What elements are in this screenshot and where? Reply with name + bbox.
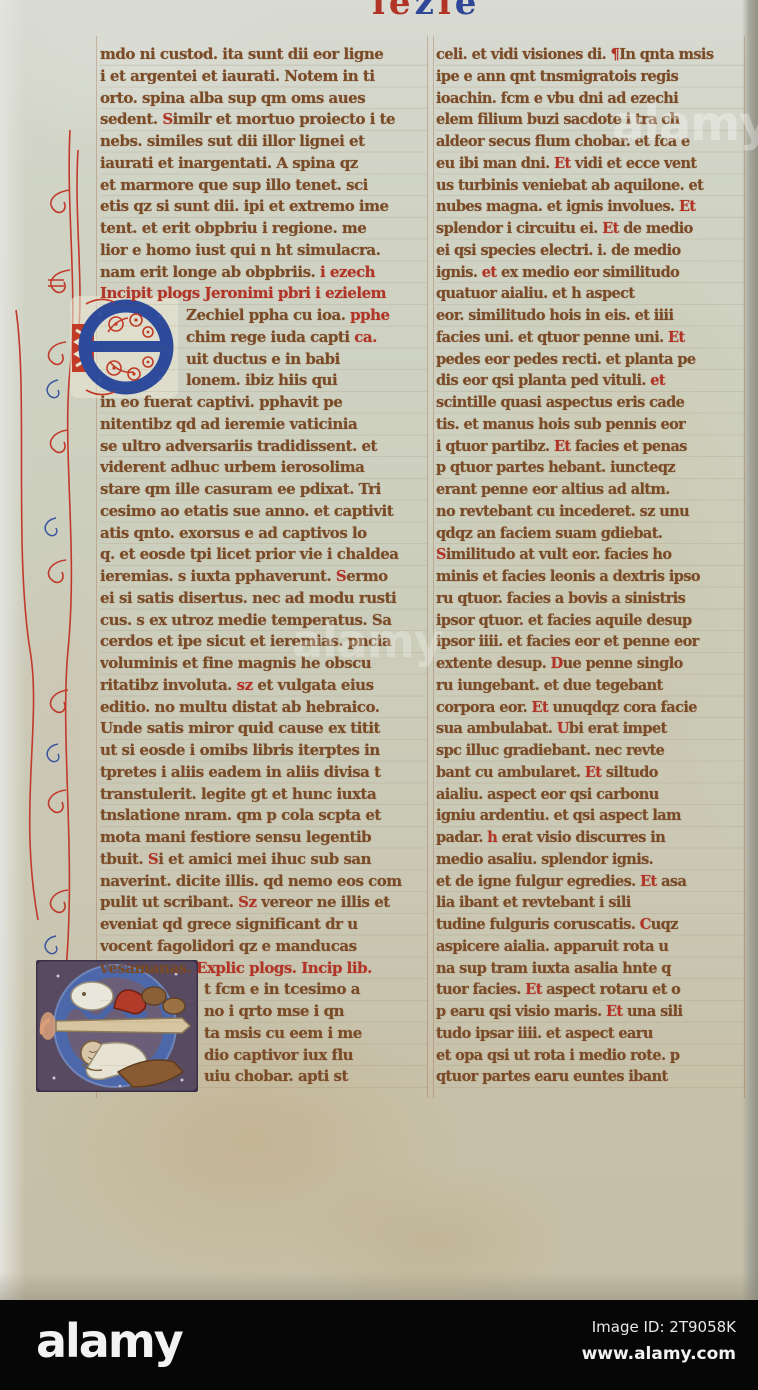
body-text: imilitudo at vult eor. facies ho <box>446 546 672 563</box>
running-title-letter: e <box>455 0 478 20</box>
text-line: no revtebant cu incederet. sz unu <box>436 501 745 523</box>
body-text: ue penne singlo <box>563 655 683 672</box>
text-line: atis qnto. exorsus e ad captivos lo <box>100 523 428 545</box>
rubric-text: Et <box>679 198 696 215</box>
text-line: qdqz an faciem suam gdiebat. <box>436 523 745 545</box>
text-line: in eo fuerat captivi. pphavit pe <box>100 392 428 414</box>
body-text: viderent adhuc urbem ierosolima <box>100 458 364 476</box>
body-text: celi. et vidi visiones di. <box>436 46 611 63</box>
text-line: quatuor aialiu. et h aspect <box>436 283 745 305</box>
body-text: tnslatione nram. qm p cola scpta et <box>100 806 381 824</box>
text-line: elem filium buzi sacdote i tra ch <box>436 109 745 131</box>
rubric-text: h <box>487 829 497 846</box>
body-text: facies uni. et qtuor penne uni. <box>436 329 668 346</box>
body-text: aialiu. aspect eor qsi carbonu <box>436 786 659 803</box>
body-text: ei qsi species electri. i. de medio <box>436 242 681 259</box>
body-text: ignis. <box>436 264 482 281</box>
body-text: tuor facies. <box>436 981 525 998</box>
rubric-text: ¶ <box>611 46 620 63</box>
body-text: spc illuc gradiebant. nec revte <box>436 742 664 759</box>
body-text: q. et eosde tpi licet prior vie i chalde… <box>100 545 398 563</box>
body-text: uit ductus e in babi <box>186 350 340 368</box>
text-line: lior e homo iust qui n ht simulacra. <box>100 240 428 262</box>
body-text: ioachin. fcm e vbu dni ad ezechi <box>436 90 678 107</box>
body-text: unuqdqz cora facie <box>548 699 697 716</box>
body-text: nubes magna. et ignis involues. <box>436 198 679 215</box>
body-text: tis. et manus hois sub pennis eor <box>436 416 685 433</box>
rubric-text: Et <box>585 764 602 781</box>
manuscript-photo: ıezie <box>0 0 758 1390</box>
body-text: nebs. similes sut dii illor lignei et <box>100 132 365 150</box>
body-text: extente desup. <box>436 655 551 672</box>
text-line: ipe e ann qnt tnsmigratois regis <box>436 66 745 88</box>
alamy-bar: alamy Image ID: 2T9058K www.alamy.com <box>0 1300 758 1390</box>
text-line: tuor facies. Et aspect rotaru et o <box>436 979 745 1001</box>
body-text: ipe e ann qnt tnsmigratois regis <box>436 68 678 85</box>
body-text: editio. no multu distat ab hebraico. <box>100 698 379 716</box>
rubric-text: Et <box>668 329 685 346</box>
body-text: et opa qsi ut rota i medio rote. p <box>436 1047 679 1064</box>
body-text: uiu chobar. apti st <box>204 1067 348 1085</box>
text-line: tudo ipsar iiii. et aspect earu <box>436 1023 745 1045</box>
body-text: aspicere aialia. apparuit rota u <box>436 938 668 955</box>
rubric-text: C <box>640 916 651 933</box>
rubric-text: Et <box>640 873 657 890</box>
text-line: us turbinis veniebat ab aquilone. et <box>436 175 745 197</box>
body-text: cerdos et ipe sicut et ieremias. pncia <box>100 632 391 650</box>
text-line: nam erit longe ab obpbriis. i ezech <box>100 262 428 284</box>
rubric-text: et <box>482 264 497 281</box>
rubric-text: et <box>650 372 665 389</box>
text-line: erant penne eor altius ad altm. <box>436 479 745 501</box>
text-line: editio. no multu distat ab hebraico. <box>100 697 428 719</box>
body-text: una sili <box>623 1003 683 1020</box>
rubric-text: Et <box>525 981 542 998</box>
text-line: i qtuor partibz. Et facies et penas <box>436 436 745 458</box>
body-text: aspect rotaru et o <box>542 981 680 998</box>
body-text: scintille quasi aspectus eris cade <box>436 394 684 411</box>
text-line: p qtuor partes hebant. iuncteqz <box>436 457 745 479</box>
body-text: vesamanas. <box>100 959 196 977</box>
text-line: scintille quasi aspectus eris cade <box>436 392 745 414</box>
text-line: qtuor partes earu euntes ibant <box>436 1066 745 1088</box>
rubric-text: ca. <box>354 328 377 346</box>
running-title-letter: z <box>415 0 435 20</box>
body-text: t fcm e in tcesimo a <box>204 980 360 998</box>
running-title: ıezie <box>372 0 477 20</box>
image-id-text: Image ID: 2T9058K <box>582 1318 736 1336</box>
body-text: Unde satis miror quid cause ex titit <box>100 719 380 737</box>
text-line: padar. h erat visio discurres in <box>436 827 745 849</box>
text-line: chim rege iuda capti ca. <box>100 327 428 349</box>
ruling-line <box>433 36 434 1098</box>
text-line: ta msis cu eem i me <box>100 1023 428 1045</box>
body-text: asa <box>657 873 687 890</box>
text-line: ut si eosde i omibs libris iterptes in <box>100 740 428 762</box>
body-text: aldeor secus flum chobar. et fca e <box>436 133 690 150</box>
text-line: splendor i circuitu ei. Et de medio <box>436 218 745 240</box>
text-column-right: celi. et vidi visiones di. ¶In qnta msis… <box>436 44 745 1088</box>
body-text: corpora eor. <box>436 699 532 716</box>
body-text: erat visio discurres in <box>497 829 665 846</box>
body-text: siltudo <box>601 764 657 781</box>
text-line: facies uni. et qtuor penne uni. Et <box>436 327 745 349</box>
body-text: padar. <box>436 829 487 846</box>
body-text: voluminis et fine magnis he obscu <box>100 654 371 672</box>
rubric-text: sz <box>237 676 253 694</box>
body-text: stare qm ille casuram ee pdixat. Tri <box>100 480 381 498</box>
text-line: pedes eor pedes recti. et planta pe <box>436 349 745 371</box>
body-text: etis qz si sunt dii. ipi et extremo ime <box>100 197 389 215</box>
body-text: ex medio eor similitudo <box>497 264 680 281</box>
body-text: ru qtuor. facies a bovis a sinistris <box>436 590 685 607</box>
text-line: extente desup. Due penne singlo <box>436 653 745 675</box>
text-line: na sup tram iuxta asalia hnte q <box>436 958 745 980</box>
text-line: ioachin. fcm e vbu dni ad ezechi <box>436 88 745 110</box>
text-line: celi. et vidi visiones di. ¶In qnta msis <box>436 44 745 66</box>
body-text: no i qrto mse i qn <box>204 1002 344 1020</box>
text-line: sedent. Similr et mortuo proiecto i te <box>100 109 428 131</box>
text-line: eor. similitudo hois in eis. et iiii <box>436 305 745 327</box>
text-line: igniu ardentiu. et qsi aspect lam <box>436 805 745 827</box>
body-text: dio captivor iux flu <box>204 1046 353 1064</box>
rubric-text: Et <box>606 1003 623 1020</box>
body-text: pedes eor pedes recti. et planta pe <box>436 351 696 368</box>
text-line: q. et eosde tpi licet prior vie i chalde… <box>100 544 428 566</box>
text-line: aspicere aialia. apparuit rota u <box>436 936 745 958</box>
text-line: bant cu ambularet. Et siltudo <box>436 762 745 784</box>
text-line: aldeor secus flum chobar. et fca e <box>436 131 745 153</box>
body-text: dis eor qsi planta ped vituli. <box>436 372 650 389</box>
text-line: Incipit plogs Jeronimi pbri i ezielem <box>100 283 428 305</box>
rubric-text: U <box>557 720 569 737</box>
body-text: us turbinis veniebat ab aquilone. et <box>436 177 703 194</box>
text-line: ru iungebant. et due tegebant <box>436 675 745 697</box>
body-text: naverint. dicite illis. qd nemo eos com <box>100 872 402 890</box>
text-line: ei si satis disertus. nec ad modu rusti <box>100 588 428 610</box>
body-text: qtuor partes earu euntes ibant <box>436 1068 668 1085</box>
body-text: igniu ardentiu. et qsi aspect lam <box>436 807 681 824</box>
body-text: eu ibi man dni. <box>436 155 554 172</box>
body-text: ermo <box>346 567 387 585</box>
text-line: minis et facies leonis a dextris ipso <box>436 566 745 588</box>
body-text: tudine fulguris coruscatis. <box>436 916 640 933</box>
body-text: sua ambulabat. <box>436 720 557 737</box>
body-text: ipsor iiii. et facies eor et penne eor <box>436 633 699 650</box>
body-text: mota mani festiore sensu legentib <box>100 828 371 846</box>
body-text: tent. et erit obpbriu i regione. me <box>100 219 366 237</box>
body-text: de medio <box>619 220 693 237</box>
body-text: se ultro adversariis tradidissent. et <box>100 437 377 455</box>
text-line: ei qsi species electri. i. de medio <box>436 240 745 262</box>
text-line: tent. et erit obpbriu i regione. me <box>100 218 428 240</box>
text-line: pulit ut scribant. Sz vereor ne illis et <box>100 892 428 914</box>
text-line: i et argentei et iaurati. Notem in ti <box>100 66 428 88</box>
body-text: mdo ni custod. ita sunt dii eor ligne <box>100 45 383 63</box>
body-text: quatuor aialiu. et h aspect <box>436 285 634 302</box>
text-line: ignis. et ex medio eor similitudo <box>436 262 745 284</box>
text-line: medio asaliu. splendor ignis. <box>436 849 745 871</box>
body-text: chim rege iuda capti <box>186 328 354 346</box>
body-text: i et amici mei ihuc sub san <box>158 850 371 868</box>
rubric-text: S <box>162 110 172 128</box>
body-text: na sup tram iuxta asalia hnte q <box>436 960 671 977</box>
body-text: i qtuor partibz. <box>436 438 554 455</box>
body-text: et marmore que sup illo tenet. sci <box>100 176 368 194</box>
body-text: eveniat qd grece significant dr u <box>100 915 358 933</box>
rubric-text: S <box>436 546 446 563</box>
text-line: et marmore que sup illo tenet. sci <box>100 175 428 197</box>
text-line: cus. s ex utroz medie temperatus. Sa <box>100 610 428 632</box>
body-text: tbuit. <box>100 850 148 868</box>
text-line: tnslatione nram. qm p cola scpta et <box>100 805 428 827</box>
text-line: dis eor qsi planta ped vituli. et <box>436 370 745 392</box>
rubric-text: i ezech <box>320 263 375 281</box>
text-line: et de igne fulgur egredies. Et asa <box>436 871 745 893</box>
rubric-text: D <box>551 655 563 672</box>
text-column-left: mdo ni custod. ita sunt dii eor lignei e… <box>100 44 428 1088</box>
body-text: nitentibz qd ad ieremie vaticinia <box>100 415 357 433</box>
body-text: ieremias. s iuxta pphaverunt. <box>100 567 336 585</box>
text-line: tpretes i aliis eadem in aliis divisa t <box>100 762 428 784</box>
rubric-text: pphe <box>350 306 389 324</box>
body-text: cesimo ao etatis sue anno. et captivit <box>100 502 393 520</box>
text-line: lonem. ibiz hiis qui <box>100 370 428 392</box>
rubric-text: Et <box>532 699 549 716</box>
text-line: viderent adhuc urbem ierosolima <box>100 457 428 479</box>
body-text: elem filium buzi sacdote i tra ch <box>436 111 680 128</box>
text-line: nebs. similes sut dii illor lignei et <box>100 131 428 153</box>
body-text: minis et facies leonis a dextris ipso <box>436 568 700 585</box>
body-text: nam erit longe ab obpbriis. <box>100 263 320 281</box>
body-text: no revtebant cu incederet. sz unu <box>436 503 689 520</box>
body-text: in eo fuerat captivi. pphavit pe <box>100 393 342 411</box>
body-text: cus. s ex utroz medie temperatus. Sa <box>100 611 391 629</box>
text-line: ipsor iiii. et facies eor et penne eor <box>436 631 745 653</box>
body-text: bant cu ambularet. <box>436 764 585 781</box>
text-line: Zechiel ppha cu ioa. pphe <box>100 305 428 327</box>
text-line: spc illuc gradiebant. nec revte <box>436 740 745 762</box>
text-line: lia ibant et revtebant i sili <box>436 892 745 914</box>
text-line: et opa qsi ut rota i medio rote. p <box>436 1045 745 1067</box>
text-line: nitentibz qd ad ieremie vaticinia <box>100 414 428 436</box>
body-text: ritatibz involuta. <box>100 676 237 694</box>
body-text: eor. similitudo hois in eis. et iiii <box>436 307 673 324</box>
body-text: p qtuor partes hebant. iuncteqz <box>436 459 675 476</box>
body-text: uqz <box>651 916 678 933</box>
text-line: ieremias. s iuxta pphaverunt. Sermo <box>100 566 428 588</box>
text-line: uit ductus e in babi <box>100 349 428 371</box>
rubric-text: Sz <box>238 893 256 911</box>
body-text: p earu qsi visio maris. <box>436 1003 606 1020</box>
body-text: tpretes i aliis eadem in aliis divisa t <box>100 763 381 781</box>
text-line: se ultro adversariis tradidissent. et <box>100 436 428 458</box>
alamy-logo: alamy <box>36 1314 182 1368</box>
body-text: pulit ut scribant. <box>100 893 238 911</box>
alamy-meta: Image ID: 2T9058K www.alamy.com <box>582 1318 736 1364</box>
body-text: et vulgata eius <box>253 676 374 694</box>
rubric-text: Et <box>554 438 571 455</box>
text-line: ru qtuor. facies a bovis a sinistris <box>436 588 745 610</box>
text-line: vesamanas. Explic plogs. Incip lib. <box>100 958 428 980</box>
text-line: tbuit. Si et amici mei ihuc sub san <box>100 849 428 871</box>
text-line: dio captivor iux flu <box>100 1045 428 1067</box>
body-text: vereor ne illis et <box>257 893 390 911</box>
running-title-letter: e <box>389 0 412 20</box>
rubric-text: S <box>336 567 346 585</box>
body-text: erant penne eor altius ad altm. <box>436 481 670 498</box>
text-line: eu ibi man dni. Et vidi et ecce vent <box>436 153 745 175</box>
text-line: p earu qsi visio maris. Et una sili <box>436 1001 745 1023</box>
alamy-url-text: www.alamy.com <box>582 1344 736 1364</box>
body-text: Zechiel ppha cu ioa. <box>186 306 350 324</box>
body-text: lior e homo iust qui n ht simulacra. <box>100 241 380 259</box>
text-line: mota mani festiore sensu legentib <box>100 827 428 849</box>
body-text: iaurati et inargentati. A spina qz <box>100 154 358 172</box>
rubric-text: Incipit plogs Jeronimi pbri i ezielem <box>100 284 386 302</box>
page-bottom-shadow <box>0 1272 758 1300</box>
text-line: aialiu. aspect eor qsi carbonu <box>436 784 745 806</box>
body-text: tudo ipsar iiii. et aspect earu <box>436 1025 653 1042</box>
body-text: ei si satis disertus. nec ad modu rusti <box>100 589 396 607</box>
text-line: iaurati et inargentati. A spina qz <box>100 153 428 175</box>
body-text: medio asaliu. splendor ignis. <box>436 851 653 868</box>
body-text: et de igne fulgur egredies. <box>436 873 640 890</box>
running-title-letter: ı <box>372 0 386 20</box>
body-text: bi erat impet <box>569 720 667 737</box>
text-line: naverint. dicite illis. qd nemo eos com <box>100 871 428 893</box>
text-line: corpora eor. Et unuqdqz cora facie <box>436 697 745 719</box>
text-line: nubes magna. et ignis involues. Et <box>436 196 745 218</box>
text-line: t fcm e in tcesimo a <box>100 979 428 1001</box>
body-text: qdqz an faciem suam gdiebat. <box>436 525 662 542</box>
text-line: cesimo ao etatis sue anno. et captivit <box>100 501 428 523</box>
text-line: uiu chobar. apti st <box>100 1066 428 1088</box>
text-line: ipsor qtuor. et facies aquile desup <box>436 610 745 632</box>
text-line: ritatibz involuta. sz et vulgata eius <box>100 675 428 697</box>
rubric-text: Et <box>554 155 571 172</box>
text-line: tudine fulguris coruscatis. Cuqz <box>436 914 745 936</box>
body-text: facies et penas <box>571 438 687 455</box>
body-text: i et argentei et iaurati. Notem in ti <box>100 67 375 85</box>
body-text: ru iungebant. et due tegebant <box>436 677 663 694</box>
text-line: eveniat qd grece significant dr u <box>100 914 428 936</box>
body-text: imilr et mortuo proiecto i te <box>173 110 395 128</box>
text-line: cerdos et ipe sicut et ieremias. pncia <box>100 631 428 653</box>
body-text: ipsor qtuor. et facies aquile desup <box>436 612 692 629</box>
rubric-text: Et <box>602 220 619 237</box>
running-title-letter: i <box>438 0 452 20</box>
text-line: etis qz si sunt dii. ipi et extremo ime <box>100 196 428 218</box>
text-line: stare qm ille casuram ee pdixat. Tri <box>100 479 428 501</box>
rubric-text: Explic plogs. Incip lib. <box>196 959 372 977</box>
body-text: orto. spina alba sup qm oms aues <box>100 89 365 107</box>
body-text: ta msis cu eem i me <box>204 1024 362 1042</box>
body-text: In qnta msis <box>619 46 713 63</box>
body-text: lonem. ibiz hiis qui <box>186 371 337 389</box>
margin-flourishes <box>8 130 108 970</box>
rubric-text: S <box>148 850 158 868</box>
body-text: ut si eosde i omibs libris iterptes in <box>100 741 380 759</box>
text-line: Unde satis miror quid cause ex titit <box>100 718 428 740</box>
body-text: atis qnto. exorsus e ad captivos lo <box>100 524 367 542</box>
text-line: sua ambulabat. Ubi erat impet <box>436 718 745 740</box>
body-text: vocent fagolidori qz e manducas <box>100 937 357 955</box>
text-line: orto. spina alba sup qm oms aues <box>100 88 428 110</box>
text-line: voluminis et fine magnis he obscu <box>100 653 428 675</box>
body-text: transtulerit. legite gt et hunc iuxta <box>100 785 376 803</box>
body-text: lia ibant et revtebant i sili <box>436 894 631 911</box>
text-line: Similitudo at vult eor. facies ho <box>436 544 745 566</box>
text-line: tis. et manus hois sub pennis eor <box>436 414 745 436</box>
text-line: no i qrto mse i qn <box>100 1001 428 1023</box>
text-line: vocent fagolidori qz e manducas <box>100 936 428 958</box>
text-line: transtulerit. legite gt et hunc iuxta <box>100 784 428 806</box>
body-text: vidi et ecce vent <box>571 155 697 172</box>
body-text: splendor i circuitu ei. <box>436 220 602 237</box>
body-text: sedent. <box>100 110 162 128</box>
text-line: mdo ni custod. ita sunt dii eor ligne <box>100 44 428 66</box>
